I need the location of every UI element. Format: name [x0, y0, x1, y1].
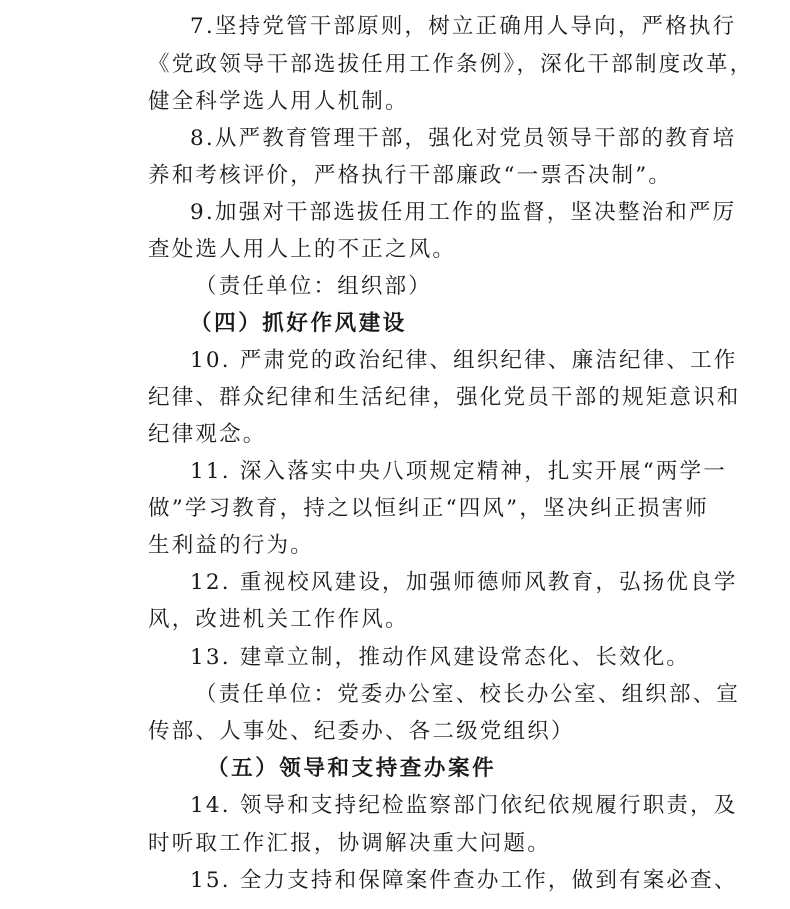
- item-8-line-1: 8.从严教育管理干部，强化对党员领导干部的教育培: [190, 120, 670, 157]
- item-15-line-1: 15. 全力支持和保障案件查办工作，做到有案必查、: [190, 862, 670, 899]
- item-12-line-2: 风，改进机关工作作风。: [148, 601, 670, 638]
- item-11-line-3: 生利益的行为。: [148, 527, 670, 564]
- item-10-line-2: 纪律、群众纪律和生活纪律，强化党员干部的规矩意识和: [148, 379, 670, 416]
- item-10-line-3: 纪律观念。: [148, 416, 670, 453]
- item-7-line-1: 7.坚持党管干部原则，树立正确用人导向，严格执行: [190, 8, 670, 45]
- item-13-line-1: 13. 建章立制，推动作风建设常态化、长效化。: [190, 639, 670, 676]
- item-9-line-2: 查处选人用人上的不正之风。: [148, 231, 670, 268]
- responsibility-unit-2-line-1: （责任单位：党委办公室、校长办公室、组织部、宣: [195, 676, 717, 713]
- item-7-line-3: 健全科学选人用人机制。: [148, 83, 670, 120]
- item-11-line-1: 11. 深入落实中央八项规定精神，扎实开展“两学一: [190, 453, 670, 490]
- item-14-line-2: 时听取工作汇报，协调解决重大问题。: [148, 825, 670, 862]
- item-11-line-2: 做”学习教育，持之以恒纠正“四风”，坚决纠正损害师: [148, 490, 670, 527]
- section-heading-4: （四）抓好作风建设: [190, 305, 712, 342]
- section-heading-5: （五）领导和支持查办案件: [207, 750, 729, 787]
- item-7-line-2: 《党政领导干部选拔任用工作条例》，深化干部制度改革，: [148, 46, 670, 83]
- item-14-line-1: 14. 领导和支持纪检监察部门依纪依规履行职责，及: [190, 787, 670, 824]
- item-10-line-1: 10. 严肃党的政治纪律、组织纪律、廉洁纪律、工作: [190, 342, 670, 379]
- item-8-line-2: 养和考核评价，严格执行干部廉政“一票否决制”。: [148, 157, 670, 194]
- responsibility-unit-2-line-2: 传部、人事处、纪委办、各二级党组织）: [148, 713, 670, 750]
- item-9-line-1: 9.加强对干部选拔任用工作的监督，坚决整治和严厉: [190, 194, 670, 231]
- responsibility-unit-1: （责任单位：组织部）: [195, 268, 717, 305]
- item-12-line-1: 12. 重视校风建设，加强师德师风教育，弘扬优良学: [190, 564, 670, 601]
- document-page: 7.坚持党管干部原则，树立正确用人导向，严格执行 《党政领导干部选拔任用工作条例…: [0, 0, 790, 909]
